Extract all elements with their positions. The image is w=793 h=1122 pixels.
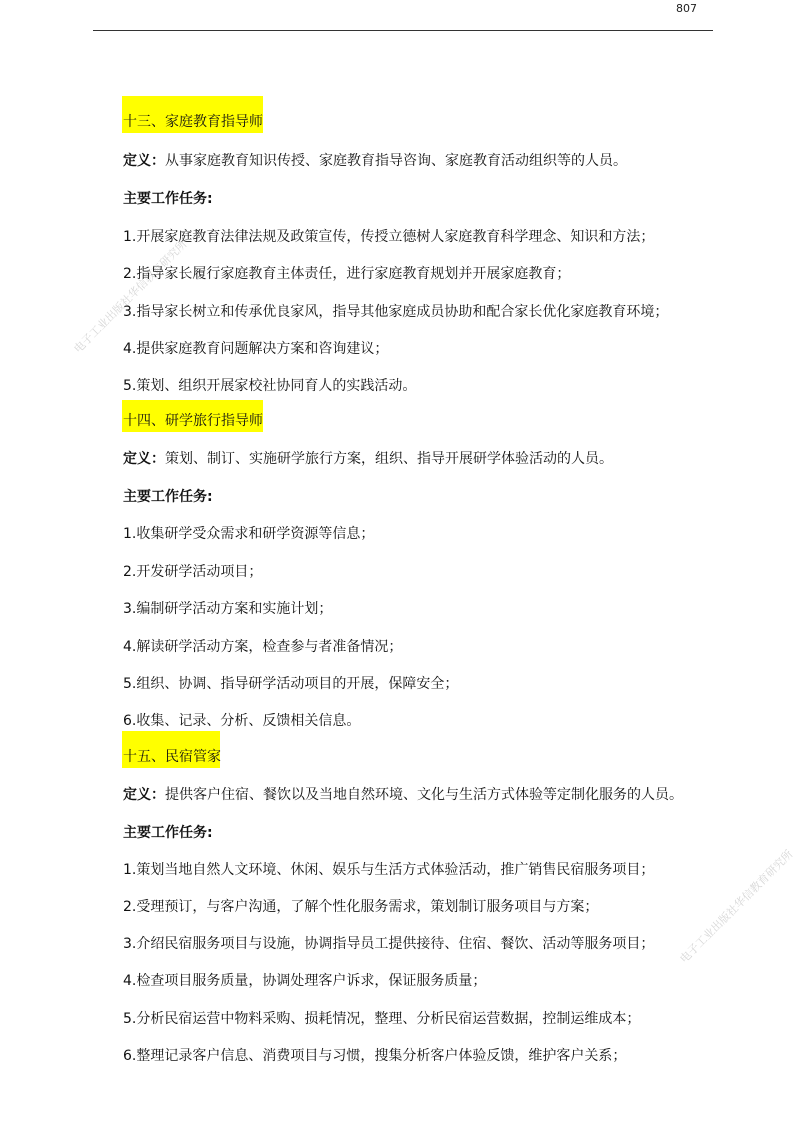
tasks-label: 主要工作任务: [123, 488, 213, 506]
definition: 定义：策划、制订、实施研学旅行方案，组织、指导开展研学体验活动的人员。 [123, 450, 613, 468]
tasks-label: 主要工作任务: [123, 824, 213, 842]
definition-label: 定义： [123, 787, 165, 803]
task-item: 2.受理预订，与客户沟通，了解个性化服务需求，策划制订服务项目与方案； [123, 898, 598, 916]
task-item: 5.组织、协调、指导研学活动项目的开展，保障安全； [123, 675, 458, 693]
task-item: 2.开发研学活动项目； [123, 563, 262, 581]
task-item: 3.介绍民宿服务项目与设施，协调指导员工提供接待、住宿、餐饮、活动等服务项目； [123, 935, 654, 953]
task-item: 6.整理记录客户信息、消费项目与习惯，搜集分析客户体验反馈，维护客户关系； [123, 1047, 626, 1065]
page-number: 807 [676, 2, 697, 15]
task-item: 3.指导家长树立和传承优良家风，指导其他家庭成员协助和配合家长优化家庭教育环境； [123, 303, 668, 321]
section-title: 十三、家庭教育指导师 [123, 113, 263, 131]
watermark: 电子工业出版社华信教育研究所 [676, 846, 793, 966]
header-rule [93, 30, 713, 31]
task-item: 3.编制研学活动方案和实施计划； [123, 600, 332, 618]
task-item: 4.解读研学活动方案，检查参与者准备情况； [123, 638, 402, 656]
section-title: 十五、民宿管家 [123, 748, 221, 766]
task-item: 1.策划当地自然人文环境、休闲、娱乐与生活方式体验活动，推广销售民宿服务项目； [123, 861, 654, 879]
tasks-label: 主要工作任务: [123, 190, 213, 208]
task-item: 5.分析民宿运营中物料采购、损耗情况，整理、分析民宿运营数据，控制运维成本； [123, 1010, 640, 1028]
watermark: 电子工业出版社华信教育研究所 [70, 236, 190, 356]
section-title: 十四、研学旅行指导师 [123, 412, 263, 430]
definition: 定义：提供客户住宿、餐饮以及当地自然环境、文化与生活方式体验等定制化服务的人员。 [123, 786, 683, 804]
definition: 定义：从事家庭教育知识传授、家庭教育指导咨询、家庭教育活动组织等的人员。 [123, 152, 627, 170]
task-item: 5.策划、组织开展家校社协同育人的实践活动。 [123, 377, 416, 395]
definition-text: 提供客户住宿、餐饮以及当地自然环境、文化与生活方式体验等定制化服务的人员。 [165, 787, 683, 803]
task-item: 4.检查项目服务质量，协调处理客户诉求，保证服务质量； [123, 972, 486, 990]
definition-text: 策划、制订、实施研学旅行方案，组织、指导开展研学体验活动的人员。 [165, 451, 613, 467]
task-item: 1.收集研学受众需求和研学资源等信息； [123, 525, 374, 543]
task-item: 6.收集、记录、分析、反馈相关信息。 [123, 712, 360, 730]
task-item: 4.提供家庭教育问题解决方案和咨询建议； [123, 340, 388, 358]
definition-label: 定义： [123, 153, 165, 169]
definition-label: 定义： [123, 451, 165, 467]
task-item: 1.开展家庭教育法律法规及政策宣传，传授立德树人家庭教育科学理念、知识和方法； [123, 228, 654, 246]
task-item: 2.指导家长履行家庭教育主体责任，进行家庭教育规划并开展家庭教育； [123, 265, 570, 283]
definition-text: 从事家庭教育知识传授、家庭教育指导咨询、家庭教育活动组织等的人员。 [165, 153, 627, 169]
